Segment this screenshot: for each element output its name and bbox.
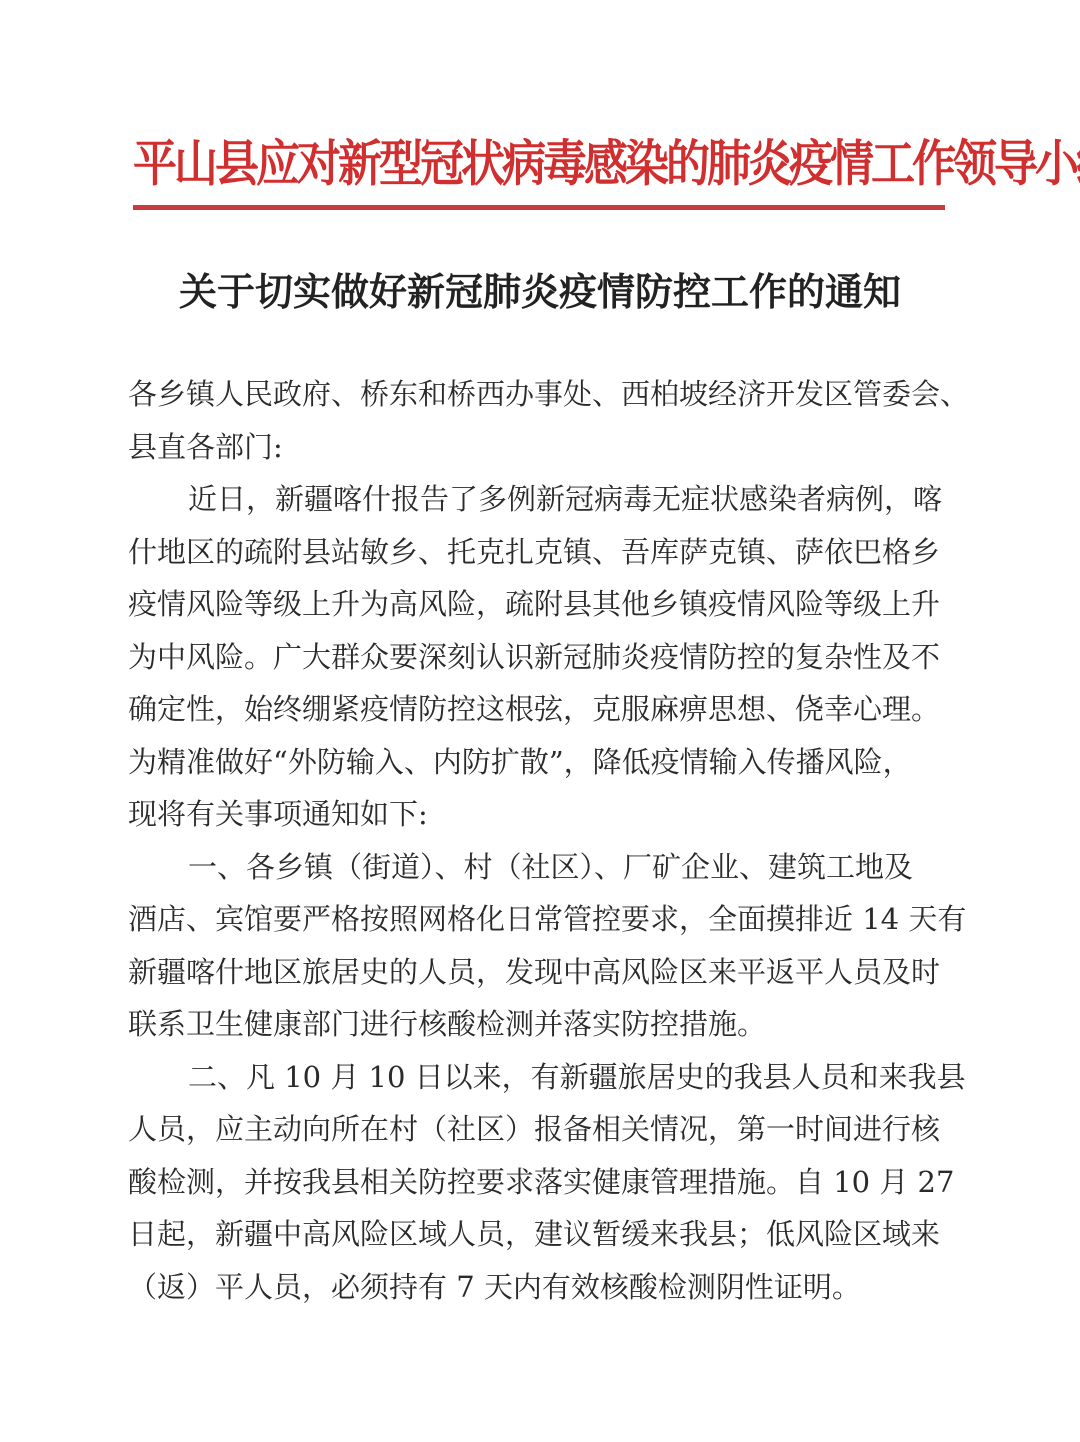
paragraph-line: 确定性，始终绷紧疫情防控这根弦，克服麻痹思想、侥幸心理。 [128, 683, 958, 736]
paragraph-item-2: 二、凡 10 月 10 日以来，有新疆旅居史的我县人员和来我县 人员，应主动向所… [128, 1051, 958, 1314]
document-page: 平山县应对新型冠状病毒感染的肺炎疫情工作领导小组办公室 关于切实做好新冠肺炎疫情… [0, 0, 1080, 1442]
paragraph-line: 一、各乡镇（街道）、村（社区）、厂矿企业、建筑工地及 [128, 841, 958, 894]
paragraph-line: 什地区的疏附县站敏乡、托克扎克镇、吾库萨克镇、萨依巴格乡 [128, 526, 958, 579]
paragraph-line: 疫情风险等级上升为高风险，疏附县其他乡镇疫情风险等级上升 [128, 578, 958, 631]
salutation-line: 县直各部门: [128, 421, 958, 474]
paragraph-line: 为精准做好“外防输入、内防扩散”，降低疫情输入传播风险， [128, 736, 958, 789]
paragraph-line: 为中风险。广大群众要深刻认识新冠肺炎疫情防控的复杂性及不 [128, 631, 958, 684]
paragraph-line: 酸检测，并按我县相关防控要求落实健康管理措施。自 10 月 27 [128, 1156, 958, 1209]
salutation-line: 各乡镇人民政府、桥东和桥西办事处、西柏坡经济开发区管委会、 [128, 368, 958, 421]
paragraph-item-1: 一、各乡镇（街道）、村（社区）、厂矿企业、建筑工地及 酒店、宾馆要严格按照网格化… [128, 841, 958, 1051]
paragraph-line: 现将有关事项通知如下: [128, 788, 958, 841]
paragraph-line: 新疆喀什地区旅居史的人员，发现中高风险区来平返平人员及时 [128, 946, 958, 999]
paragraph-line: 日起，新疆中高风险区域人员，建议暂缓来我县；低风险区域来 [128, 1208, 958, 1261]
paragraph-line: 二、凡 10 月 10 日以来，有新疆旅居史的我县人员和来我县 [128, 1051, 958, 1104]
paragraph-line: 人员，应主动向所在村（社区）报备相关情况，第一时间进行核 [128, 1103, 958, 1156]
issuer-header: 平山县应对新型冠状病毒感染的肺炎疫情工作领导小组办公室 [133, 128, 945, 202]
paragraph-line: 近日，新疆喀什报告了多例新冠病毒无症状感染者病例，喀 [128, 473, 958, 526]
document-title: 关于切实做好新冠肺炎疫情防控工作的通知 [100, 262, 980, 322]
salutation: 各乡镇人民政府、桥东和桥西办事处、西柏坡经济开发区管委会、 县直各部门: [128, 368, 958, 473]
paragraph-line: （返）平人员，必须持有 7 天内有效核酸检测阴性证明。 [128, 1261, 958, 1314]
paragraph-line: 联系卫生健康部门进行核酸检测并落实防控措施。 [128, 998, 958, 1051]
paragraph-intro: 近日，新疆喀什报告了多例新冠病毒无症状感染者病例，喀 什地区的疏附县站敏乡、托克… [128, 473, 958, 841]
paragraph-line: 酒店、宾馆要严格按照网格化日常管控要求，全面摸排近 14 天有 [128, 893, 958, 946]
document-body: 各乡镇人民政府、桥东和桥西办事处、西柏坡经济开发区管委会、 县直各部门: 近日，… [128, 368, 958, 1313]
header-divider [133, 205, 945, 210]
